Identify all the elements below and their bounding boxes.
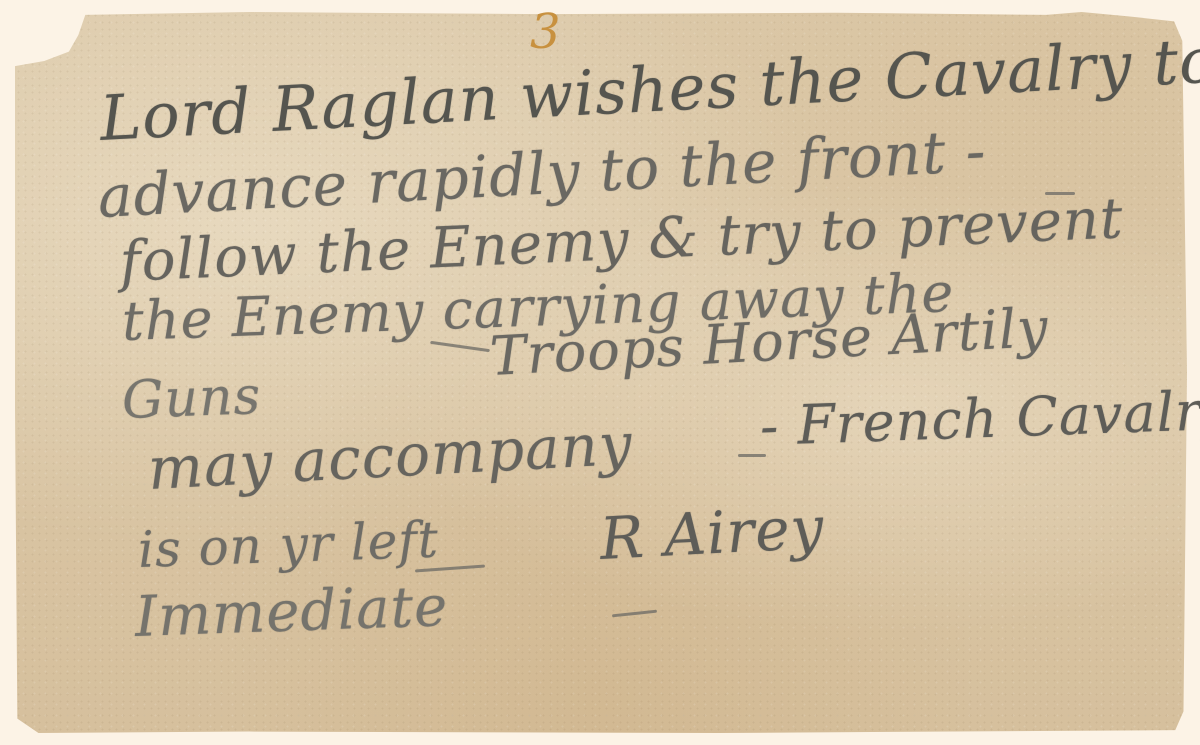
folio-number: 3 <box>530 8 561 56</box>
pencil-dash <box>738 454 766 457</box>
manuscript-line-6b: - French Cavalry <box>759 383 1200 453</box>
signature: R Airey <box>598 498 825 568</box>
manuscript-line-7a: is on yr left <box>137 515 440 575</box>
manuscript-line-5a: Guns <box>121 370 262 427</box>
scan-stage: 3 Lord Raglan wishes the Cavalry to adva… <box>0 0 1200 745</box>
urgency-note: Immediate <box>134 579 449 646</box>
pencil-dash <box>1045 192 1075 195</box>
